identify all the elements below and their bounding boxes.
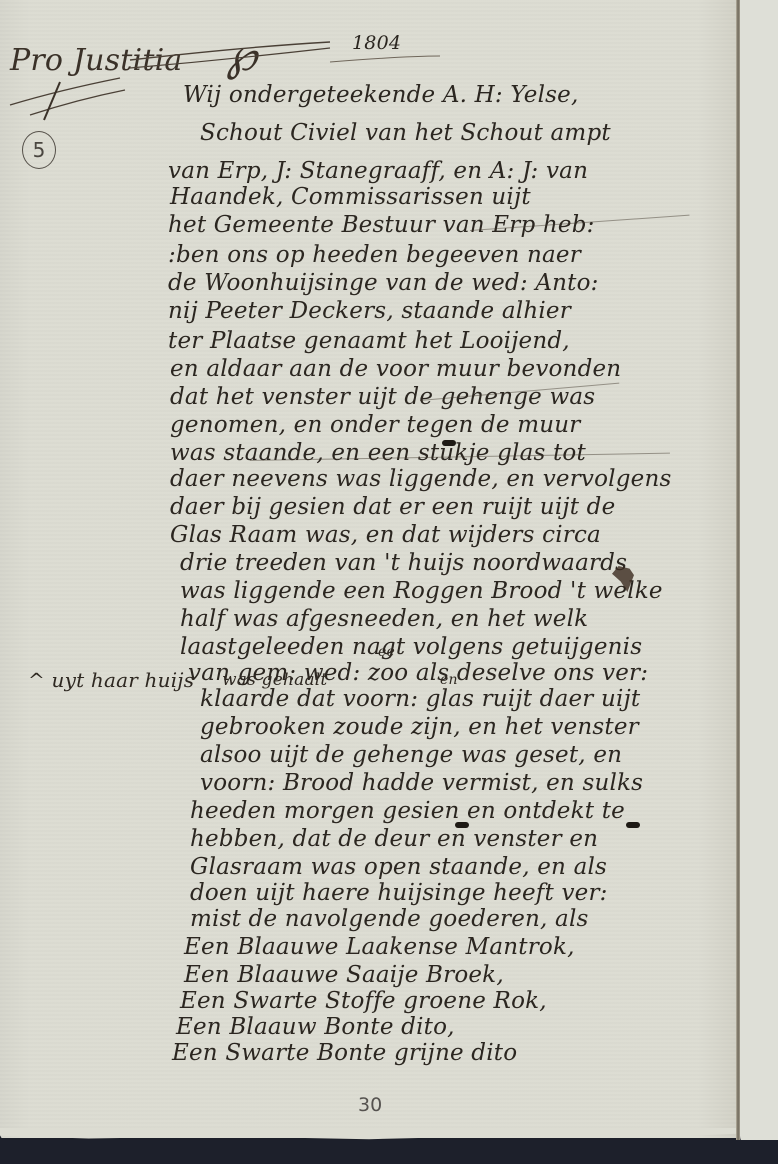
manuscript-line: heeden morgen gesien en ontdekt te [190, 798, 625, 824]
manuscript-line: Een Blaauw Bonte dito, [176, 1014, 455, 1040]
manuscript-line: Glasraam was open staande, en als [190, 854, 607, 880]
manuscript-line: de Woonhuijsinge van de wed: Anto: [168, 270, 599, 296]
interlinear-insertion: en [440, 672, 458, 688]
manuscript-line: alsoo uijt de gehenge was geset, en [200, 742, 622, 768]
circled-folio-number: 5 [22, 131, 56, 169]
manuscript-line: Een Swarte Bonte grijne dito [172, 1040, 517, 1066]
heading-year: 1804 [352, 32, 401, 54]
margin-note: ^ uyt haar huijs [28, 668, 194, 692]
manuscript-line: laastgeleeden nagt volgens getuijgenis [180, 634, 642, 660]
ink-blot [442, 440, 456, 446]
manuscript-line: Schout Civiel van het Schout ampt [200, 120, 611, 146]
scanner-background-band [0, 1140, 778, 1164]
manuscript-line: half was afgesneeden, en het welk [180, 606, 588, 632]
manuscript-line: nij Peeter Deckers, staande alhier [168, 298, 571, 324]
manuscript-line: drie treeden van 't huijs noordwaards [180, 550, 627, 576]
pencil-page-number: 30 [358, 1094, 382, 1116]
manuscript-line: :ben ons op heeden begeeven naer [168, 242, 581, 268]
manuscript-line: Een Swarte Stoffe groene Rok, [180, 988, 547, 1014]
adjacent-page-edge [740, 0, 778, 1146]
manuscript-line: was staande, en een stukje glas tot [170, 440, 586, 466]
manuscript-line: Wij ondergeteekende A. H: Yelse, [183, 82, 578, 108]
ink-blot [455, 822, 469, 828]
manuscript-line: daer neevens was liggende, en vervolgens [170, 466, 671, 492]
interlinear-insertion: was gehaalt [222, 670, 327, 690]
manuscript-line: voorn: Brood hadde vermist, en sulks [200, 770, 643, 796]
manuscript-line: hebben, dat de deur en venster en [190, 826, 598, 852]
manuscript-line: Een Blaauwe Laakense Mantrok, [184, 934, 575, 960]
manuscript-line: gebrooken zoude zijn, en het venster [200, 714, 639, 740]
manuscript-scan: Pro Justitia ℘ 1804 5 Wij ondergeteekend… [0, 0, 778, 1164]
manuscript-line: Een Blaauwe Saaije Broek, [184, 962, 504, 988]
manuscript-line: genomen, en onder tegen de muur [170, 412, 580, 438]
ink-blot [626, 822, 640, 828]
manuscript-line: Glas Raam was, en dat wijders circa [170, 522, 601, 548]
manuscript-line: dat het venster uijt de gehenge was [170, 384, 595, 410]
manuscript-line: mist de navolgende goederen, als [190, 906, 589, 932]
manuscript-line: en aldaar aan de voor muur bevonden [170, 356, 621, 382]
manuscript-line: ter Plaatse genaamt het Looijend, [168, 328, 570, 354]
manuscript-line: Haandek, Commissarissen uijt [170, 184, 531, 210]
manuscript-line: van Erp, J: Stanegraaff, en A: J: van [168, 158, 588, 184]
interlinear-insertion: ee [378, 644, 395, 660]
manuscript-line: daer bij gesien dat er een ruijt uijt de [170, 494, 615, 520]
manuscript-line: was liggende een Roggen Brood 't welke [180, 578, 663, 604]
manuscript-line: doen uijt haere huijsinge heeft ver: [190, 880, 608, 906]
